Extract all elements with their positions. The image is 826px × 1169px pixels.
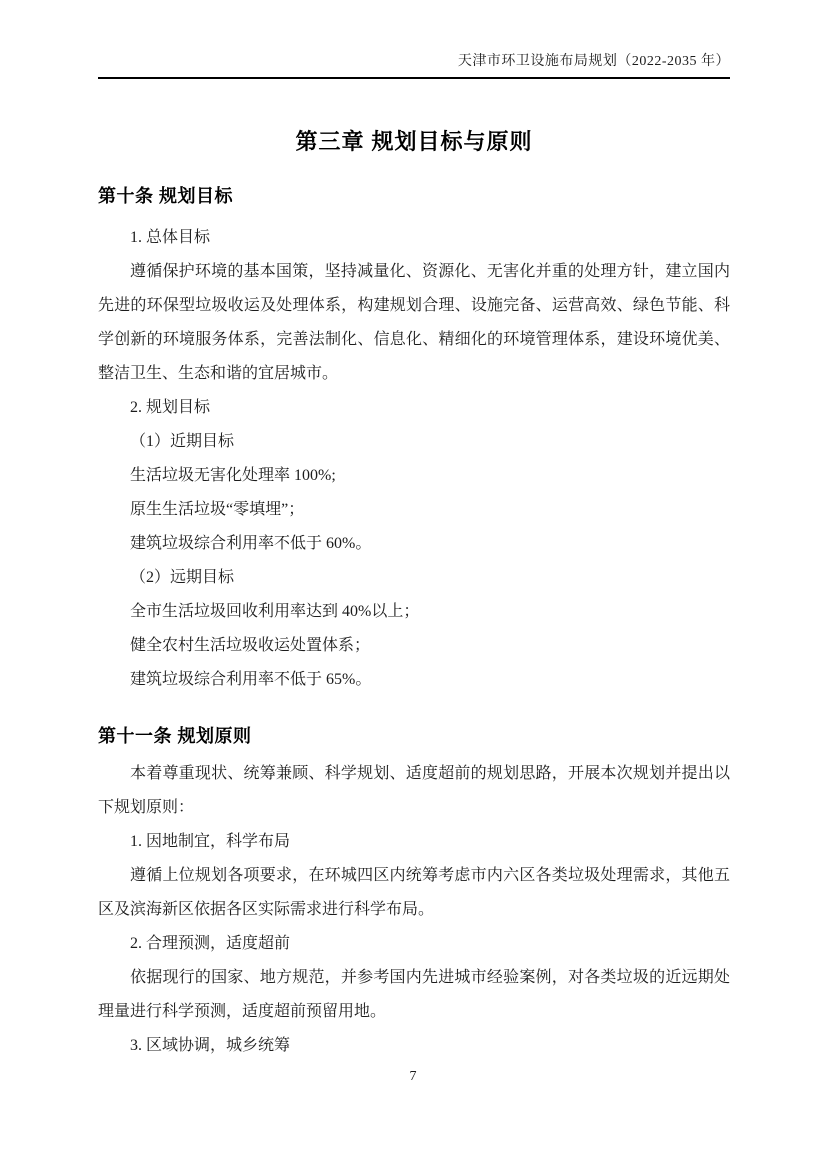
paragraph: 1. 总体目标 <box>98 221 730 255</box>
section-body: 1. 总体目标 遵循保护环境的基本国策，坚持减量化、资源化、无害化并重的处理方针… <box>98 221 730 697</box>
paragraph: 生活垃圾无害化处理率 100%; <box>98 459 730 493</box>
paragraph: 1. 因地制宜，科学布局 <box>98 825 730 859</box>
section-article-11: 第十一条 规划原则 本着尊重现状、统筹兼顾、科学规划、适度超前的规划思路，开展本… <box>98 723 730 1063</box>
paragraph: （1）近期目标 <box>98 425 730 459</box>
document-page: 天津市环卫设施布局规划（2022-2035 年） 第三章 规划目标与原则 第十条… <box>0 0 826 1169</box>
paragraph: 2. 合理预测，适度超前 <box>98 927 730 961</box>
chapter-title: 第三章 规划目标与原则 <box>98 127 730 157</box>
section-body: 本着尊重现状、统筹兼顾、科学规划、适度超前的规划思路，开展本次规划并提出以下规划… <box>98 757 730 1063</box>
section-article-10: 第十条 规划目标 1. 总体目标 遵循保护环境的基本国策，坚持减量化、资源化、无… <box>98 183 730 697</box>
paragraph: 建筑垃圾综合利用率不低于 65%。 <box>98 663 730 697</box>
paragraph: 依据现行的国家、地方规范，并参考国内先进城市经验案例，对各类垃圾的近远期处理量进… <box>98 961 730 1029</box>
section-heading: 第十条 规划目标 <box>98 183 730 209</box>
page-footer: 7 <box>0 1067 826 1087</box>
paragraph: 建筑垃圾综合利用率不低于 60%。 <box>98 527 730 561</box>
paragraph: 2. 规划目标 <box>98 391 730 425</box>
paragraph: （2）远期目标 <box>98 561 730 595</box>
paragraph: 健全农村生活垃圾收运处置体系； <box>98 629 730 663</box>
paragraph: 3. 区域协调，城乡统筹 <box>98 1029 730 1063</box>
paragraph: 原生生活垃圾“零填埋”； <box>98 493 730 527</box>
page-header: 天津市环卫设施布局规划（2022-2035 年） <box>98 0 730 79</box>
paragraph: 全市生活垃圾回收利用率达到 40%以上； <box>98 595 730 629</box>
page-number: 7 <box>410 1069 417 1084</box>
paragraph: 遵循保护环境的基本国策，坚持减量化、资源化、无害化并重的处理方针，建立国内先进的… <box>98 255 730 391</box>
section-heading: 第十一条 规划原则 <box>98 723 730 749</box>
paragraph: 遵循上位规划各项要求，在环城四区内统筹考虑市内六区各类垃圾处理需求，其他五区及滨… <box>98 859 730 927</box>
page-header-title: 天津市环卫设施布局规划（2022-2035 年） <box>458 54 730 69</box>
paragraph: 本着尊重现状、统筹兼顾、科学规划、适度超前的规划思路，开展本次规划并提出以下规划… <box>98 757 730 825</box>
